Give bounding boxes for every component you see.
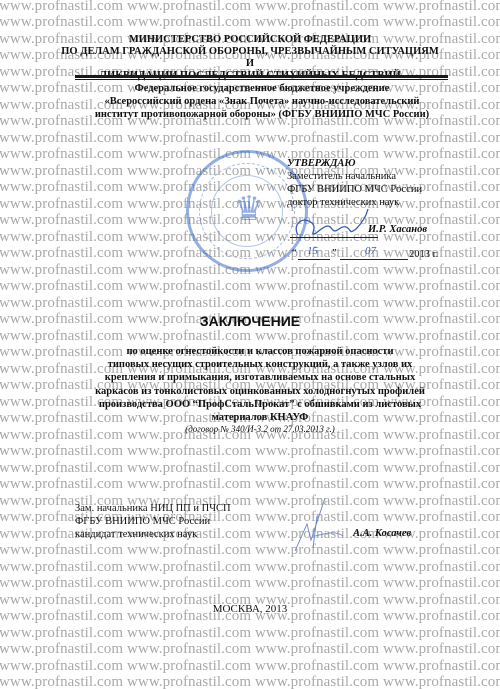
subject-line: по оценке огнестойкости и классов пожарн… bbox=[60, 345, 460, 358]
approval-title: УТВЕРЖДАЮ bbox=[287, 157, 422, 170]
institution-block: Федеральное государственное бюджетное уч… bbox=[62, 82, 462, 121]
approval-block: УТВЕРЖДАЮ Заместитель начальника ФГБУ ВН… bbox=[287, 157, 422, 209]
institution-line: Федеральное государственное бюджетное уч… bbox=[62, 82, 462, 95]
date-month-line bbox=[340, 259, 408, 260]
date-month: 07 bbox=[365, 245, 376, 257]
ministry-line: МИНИСТЕРСТВО РОССИЙСКОЙ ФЕДЕРАЦИИ bbox=[60, 34, 440, 46]
city-year: МОСКВА, 2013 bbox=[0, 603, 500, 615]
signer-line: Зам. начальника НИЦ ПП и ПЧСП bbox=[75, 502, 231, 515]
subject-line: производства ООО “ПрофСтальПрокат” с обш… bbox=[60, 398, 460, 411]
date-day: 15 bbox=[307, 245, 318, 257]
date-day-line bbox=[298, 259, 330, 260]
header-divider bbox=[75, 75, 448, 78]
signer-line: ФГБУ ВНИИПО МЧС России bbox=[75, 515, 231, 528]
approval-line: ФГБУ ВНИИПО МЧС России bbox=[287, 183, 422, 196]
date-close-quote: ” bbox=[332, 248, 337, 259]
document-title: ЗАКЛЮЧЕНИЕ bbox=[0, 313, 500, 329]
subject-line: каркасов из тонколистовых оцинкованных х… bbox=[60, 385, 460, 398]
approver-signature-icon bbox=[290, 205, 370, 245]
approver-name: И.Р. Хасанов bbox=[368, 224, 427, 235]
subject-line: крепления и примыкания, изготавливаемых … bbox=[60, 371, 460, 384]
date-open-quote: “ bbox=[292, 248, 297, 259]
institution-line: институт противопожарной обороны» (ФГБУ … bbox=[62, 108, 462, 121]
institution-line: «Всероссийский ордена «Знак Почета» науч… bbox=[62, 95, 462, 108]
signer-name: А.А. Косачев bbox=[353, 528, 411, 539]
document-subject: по оценке огнестойкости и классов пожарн… bbox=[60, 345, 460, 424]
header-divider-thin bbox=[75, 79, 448, 80]
approval-line: Заместитель начальника bbox=[287, 170, 422, 183]
signer-line: кандидат технических наук bbox=[75, 528, 231, 541]
date-year: 2013 г. bbox=[409, 249, 438, 260]
subject-line: типовых несущих строительных конструкций… bbox=[60, 358, 460, 371]
document-page: МИНИСТЕРСТВО РОССИЙСКОЙ ФЕДЕРАЦИИ ПО ДЕЛ… bbox=[0, 0, 500, 689]
contract-reference: (договор № 340/И-3.2 от 27.03.2013 г.) bbox=[60, 424, 460, 434]
ministry-line: ПО ДЕЛАМ ГРАЖДАНСКОЙ ОБОРОНЫ, ЧРЕЗВЫЧАЙН… bbox=[60, 46, 440, 70]
subject-line: материалов КНАУФ bbox=[60, 411, 460, 424]
signer-block: Зам. начальника НИЦ ПП и ПЧСП ФГБУ ВНИИП… bbox=[75, 502, 231, 541]
signer-signature-icon bbox=[285, 496, 345, 556]
